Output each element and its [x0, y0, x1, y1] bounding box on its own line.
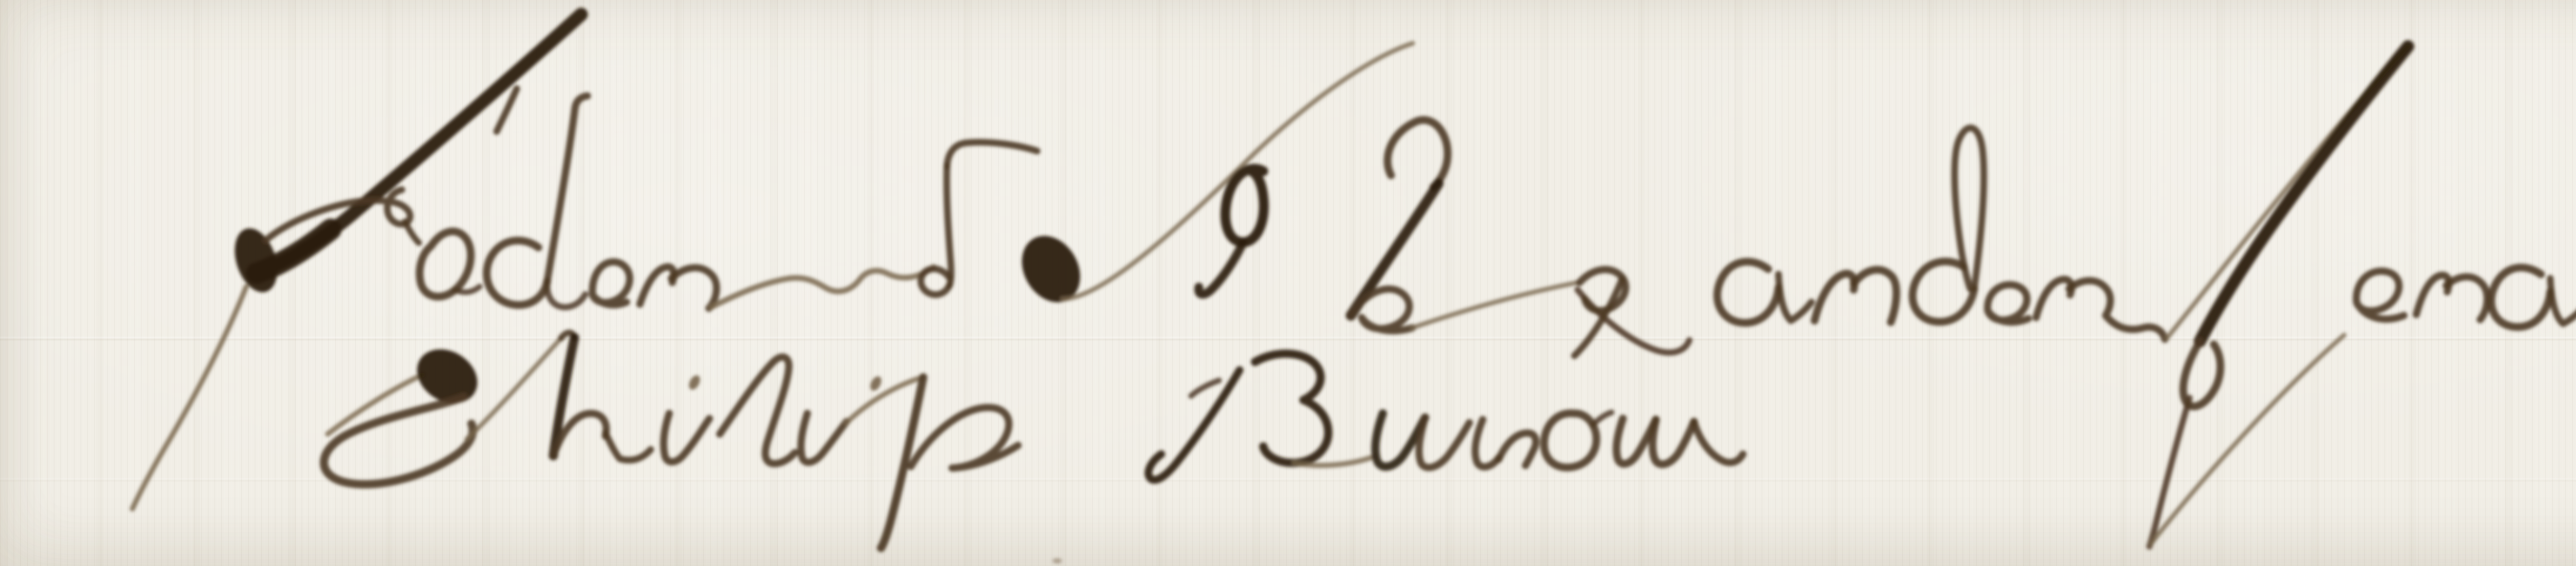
letter-r: [640, 267, 674, 304]
word-baron: [1148, 354, 1743, 480]
letter-n-arch: [1854, 270, 1896, 322]
letter-r-shoulder: [1499, 433, 1536, 465]
descender-slash: [132, 287, 246, 509]
letter-a: [2492, 268, 2550, 327]
letter-l-loop: [1387, 120, 1448, 187]
connector-wave: [711, 267, 934, 307]
letter-n-arch: [1653, 420, 1694, 464]
letter-d-ascender: [547, 96, 587, 281]
letter-a: [1717, 262, 1778, 323]
letter-o-flick: [1593, 412, 1612, 425]
letter-a-stem: [1778, 274, 1811, 321]
letter-t-stem: [947, 166, 951, 285]
capital-b-bowls: [1255, 354, 1328, 463]
letter-e: [592, 262, 630, 305]
ink-specks: [1053, 555, 2576, 563]
letter-p-entry: [846, 377, 922, 423]
word-philip: [324, 332, 1018, 548]
letter-n-tail: [1694, 422, 1743, 462]
letter-p-bowl: [911, 407, 1018, 468]
letter-l: [720, 357, 795, 464]
letter-i: [801, 413, 846, 462]
capital-g-descender: [2149, 398, 2190, 546]
letter-e: [1988, 285, 2028, 322]
letter-t-head: [947, 142, 1037, 166]
letter-r-flourish: [2069, 280, 2165, 339]
capital-g-loop-exit: [405, 222, 419, 243]
letter-r-shoulder: [2446, 277, 2487, 320]
ink-speck: [1053, 558, 1062, 563]
connector: [1412, 282, 1578, 328]
capital-a-loop: [1225, 169, 1264, 242]
signature-line-1: [132, 14, 2576, 546]
capital-g-stem: [2200, 46, 2408, 341]
i-dot: [868, 375, 884, 393]
word-alexander: [1062, 43, 2165, 356]
signature-line-2: [324, 332, 1743, 548]
letter-e: [2357, 271, 2404, 319]
scanned-paper-page: Godert Alexander Gerard Philip Baron: [0, 0, 2576, 566]
letter-a-stem: [2550, 278, 2576, 324]
connector: [467, 338, 561, 439]
capital-p-bowl: [324, 397, 473, 485]
letter-o: [1544, 413, 1597, 468]
flourish-tick: [1191, 380, 1219, 396]
letter-t-foot-loop: [921, 269, 950, 294]
capital-b-stem: [1148, 370, 1240, 480]
terminal-ink-blot: [1010, 225, 1092, 313]
letter-d-exit: [547, 281, 585, 307]
letter-r: [2036, 279, 2072, 318]
letter-d-bowl: [487, 241, 547, 305]
letter-r: [2416, 275, 2449, 314]
letter-o: [420, 231, 471, 297]
capital-a-leg: [1199, 242, 1243, 294]
letter-r-shoulder: [671, 268, 717, 308]
word-godert: [132, 14, 1092, 509]
letter-i: [664, 413, 709, 462]
word-gerard: [2149, 46, 2576, 546]
letter-h-leg: [605, 433, 651, 460]
letter-n: [1815, 274, 1854, 321]
letter-u-second: [1419, 418, 1469, 468]
handwritten-signature: [0, 0, 2576, 566]
i-dot: [687, 374, 702, 392]
letter-x-cross: [1578, 290, 1689, 353]
capital-g-stem: [255, 14, 581, 274]
